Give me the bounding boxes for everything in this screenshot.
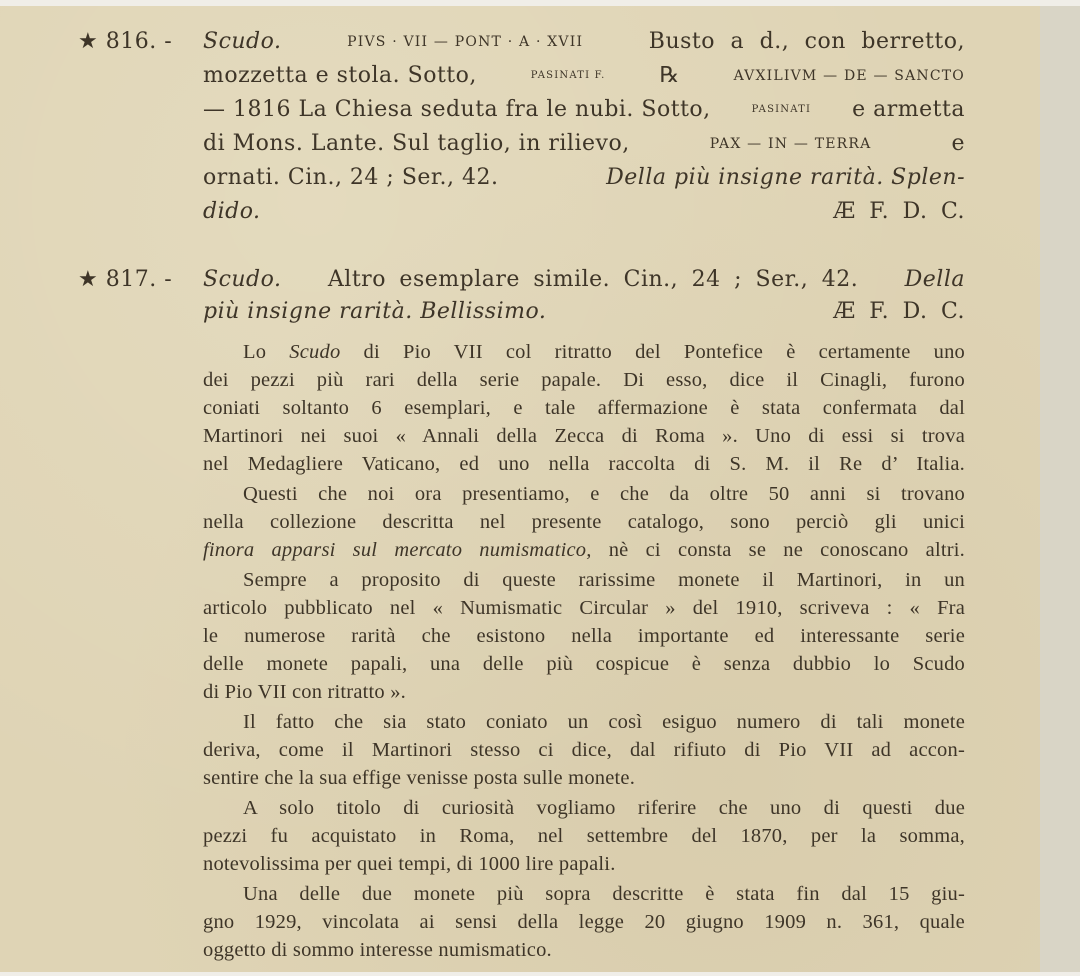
entry-816-line-3: — 1816 La Chiesa seduta fra le nubi. Sot… — [203, 96, 965, 124]
commentary-line: delle monete papali, una delle più cospi… — [203, 650, 965, 678]
commentary-line: Martinori nei suoi « Annali della Zecca … — [203, 422, 965, 450]
commentary-line: sentire che la sua effige venisse posta … — [203, 764, 635, 792]
entry-816-line-6: dido. Æ F. D. C. — [203, 198, 965, 226]
condition-note: dido. — [203, 198, 261, 226]
metal-grade: Æ F. D. C. — [833, 298, 965, 326]
description: di Mons. Lante. Sul taglio, in rilievo, — [203, 130, 630, 158]
description: e — [951, 130, 965, 158]
coin-title: Scudo. — [203, 266, 282, 294]
commentary-line: le numerose rarità che esistono nella im… — [203, 622, 965, 650]
obverse-legend: PIVS · VII — PONT · A · XVII — [347, 28, 583, 56]
page-right-margin — [1040, 6, 1080, 972]
lot-number: 817. — [106, 267, 157, 292]
text: di Pio VII col ritratto del Pontefice è … — [340, 341, 965, 363]
rarity-note: più insigne rarità. Bellissimo. — [203, 298, 546, 326]
description: — 1816 La Chiesa seduta fra le nubi. Sot… — [203, 96, 711, 124]
references: ornati. Cin., 24 ; Ser., 42. — [203, 164, 498, 192]
commentary-line: articolo pubblicato nel « Numismatic Cir… — [203, 594, 965, 622]
commentary-line: dei pezzi più rari della serie papale. D… — [203, 366, 965, 394]
commentary-line: nella collezione descritta nel presente … — [203, 508, 965, 536]
star-icon: ★ — [78, 267, 98, 292]
commentary-line: Una delle due monete più sopra descritte… — [243, 880, 965, 908]
rarity-note: Della — [905, 266, 965, 294]
description: Busto a d., con berretto, — [649, 28, 965, 56]
reverse-symbol-icon: ℞ — [659, 62, 679, 90]
description: mozzetta e stola. Sotto, — [203, 62, 477, 90]
italic-text: Scudo — [289, 341, 340, 363]
scan-bottom-edge — [0, 972, 1080, 976]
metal-grade: Æ F. D. C. — [833, 198, 965, 226]
commentary-line: finora apparsi sul mercato numismatico, … — [203, 536, 965, 564]
reverse-legend: AVXILIVM — DE — SANCTO — [734, 62, 965, 90]
description: e armetta — [852, 96, 965, 124]
description: Altro esemplare simile. Cin., 24 ; Ser.,… — [328, 266, 858, 294]
edge-legend: PAX — IN — TERRA — [710, 130, 872, 158]
commentary-line: nel Medagliere Vaticano, ed uno nella ra… — [203, 450, 965, 478]
text: nè ci consta se ne conoscano altri. — [592, 539, 965, 561]
engraver-signature: PASINATI — [752, 96, 811, 124]
text: Lo — [243, 341, 289, 363]
dash: - — [164, 29, 172, 54]
commentary-line: oggetto di sommo interesse numismatico. — [203, 936, 552, 964]
commentary-line: Il fatto che sia stato coniato un così e… — [243, 708, 965, 736]
entry-number-817: ★ 817. - — [78, 266, 172, 294]
entry-number-816: ★ 816. - — [78, 28, 172, 56]
rarity-note: Della più insigne rarità. Splen- — [606, 164, 965, 192]
commentary-line: Lo Scudo di Pio VII col ritratto del Pon… — [243, 338, 965, 366]
coin-title: Scudo. — [203, 28, 282, 56]
commentary-line: Sempre a proposito di queste rarissime m… — [243, 566, 965, 594]
entry-816-line-1: Scudo. PIVS · VII — PONT · A · XVII Bust… — [203, 28, 965, 56]
engraver-signature: PASINATI F. — [531, 62, 606, 90]
commentary-line: coniati soltanto 6 esemplari, e tale aff… — [203, 394, 965, 422]
commentary-line: A solo titolo di curiosità vogliamo rife… — [243, 794, 965, 822]
commentary-line: deriva, come il Martinori stesso ci dice… — [203, 736, 965, 764]
commentary-line: notevolissima per quei tempi, di 1000 li… — [203, 850, 616, 878]
lot-number: 816. — [106, 29, 157, 54]
entry-817-line-1: Scudo. Altro esemplare simile. Cin., 24 … — [203, 266, 965, 294]
dash: - — [164, 267, 172, 292]
entry-816-line-2: mozzetta e stola. Sotto, PASINATI F. ℞ A… — [203, 62, 965, 90]
commentary-line: di Pio VII con ritratto ». — [203, 678, 406, 706]
star-icon: ★ — [78, 29, 98, 54]
italic-text: finora apparsi sul mercato numismatico, — [203, 539, 592, 561]
commentary-line: Questi che noi ora presentiamo, e che da… — [243, 480, 965, 508]
entry-817-line-2: più insigne rarità. Bellissimo. Æ F. D. … — [203, 298, 965, 326]
commentary-line: gno 1929, vincolata ai sensi della legge… — [203, 908, 965, 936]
entry-816-line-4: di Mons. Lante. Sul taglio, in rilievo, … — [203, 130, 965, 158]
commentary-line: pezzi fu acquistato in Roma, nel settemb… — [203, 822, 965, 850]
entry-816-line-5: ornati. Cin., 24 ; Ser., 42. Della più i… — [203, 164, 965, 192]
